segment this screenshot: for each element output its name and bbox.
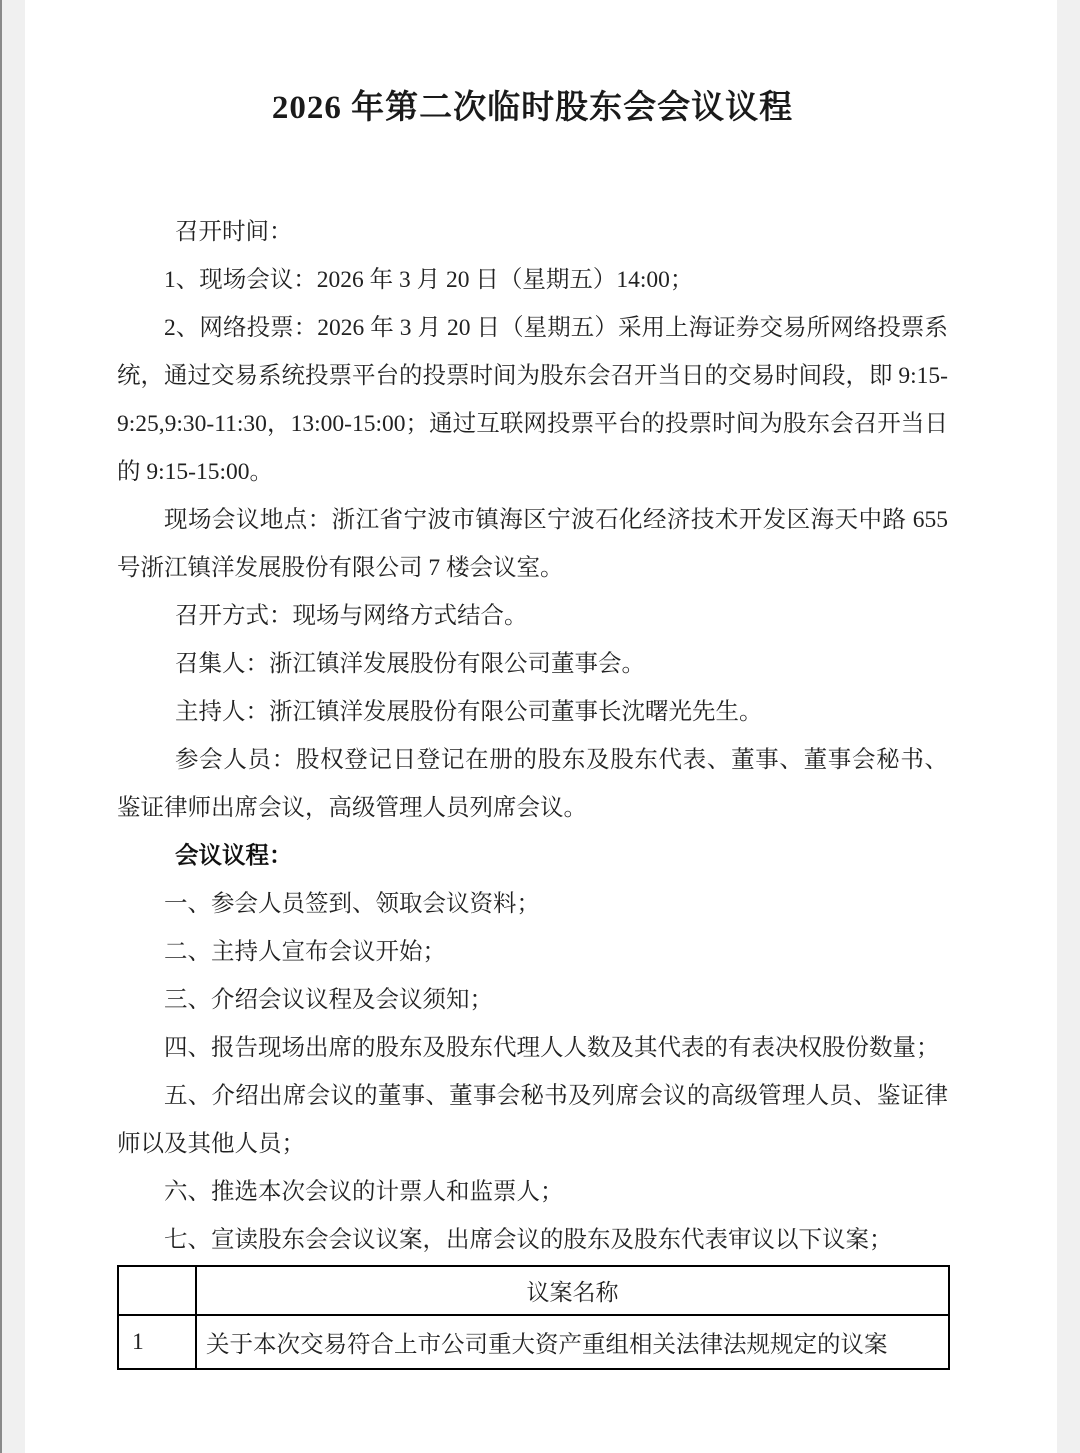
document-content: 2026 年第二次临时股东会会议议程 召开时间：1、现场会议：2026 年 3 … xyxy=(117,0,948,1370)
window-edge-line xyxy=(0,0,2,1453)
paragraph: 二、主持人宣布会议开始； xyxy=(117,928,948,976)
paragraph: 现场会议地点：浙江省宁波市镇海区宁波石化经济技术开发区海天中路 655 号浙江镇… xyxy=(117,496,948,592)
paragraph: 参会人员：股权登记日登记在册的股东及股东代表、董事、董事会秘书、鉴证律师出席会议… xyxy=(117,736,948,832)
document-body: 召开时间：1、现场会议：2026 年 3 月 20 日（星期五）14:00；2、… xyxy=(117,208,948,1264)
document-page: 2026 年第二次临时股东会会议议程 召开时间：1、现场会议：2026 年 3 … xyxy=(25,0,1057,1453)
section-heading: 会议议程： xyxy=(117,832,948,880)
screen: { "colors": { "screen_background": "#f0f… xyxy=(0,0,1080,1453)
paragraph: 召开时间： xyxy=(117,208,948,256)
paragraph: 一、参会人员签到、领取会议资料； xyxy=(117,880,948,928)
proposal-number-cell: 1 xyxy=(118,1315,196,1369)
table-row: 1关于本次交易符合上市公司重大资产重组相关法律法规规定的议案 xyxy=(118,1315,949,1369)
paragraph: 五、介绍出席会议的董事、董事会秘书及列席会议的高级管理人员、鉴证律师以及其他人员… xyxy=(117,1072,948,1168)
paragraph: 主持人：浙江镇洋发展股份有限公司董事长沈曙光先生。 xyxy=(117,688,948,736)
table-header-index-cell xyxy=(118,1266,196,1315)
proposal-name-cell: 关于本次交易符合上市公司重大资产重组相关法律法规规定的议案 xyxy=(196,1315,949,1369)
paragraph: 六、推选本次会议的计票人和监票人； xyxy=(117,1168,948,1216)
table-header-proposal-name: 议案名称 xyxy=(196,1266,949,1315)
document-title: 2026 年第二次临时股东会会议议程 xyxy=(117,86,948,130)
proposal-table: 议案名称 1关于本次交易符合上市公司重大资产重组相关法律法规规定的议案 xyxy=(117,1265,950,1370)
paragraph: 2、网络投票：2026 年 3 月 20 日（星期五）采用上海证券交易所网络投票… xyxy=(117,304,948,496)
paragraph: 召开方式：现场与网络方式结合。 xyxy=(117,592,948,640)
paragraph: 四、报告现场出席的股东及股东代理人人数及其代表的有表决权股份数量； xyxy=(117,1024,948,1072)
paragraph: 召集人：浙江镇洋发展股份有限公司董事会。 xyxy=(117,640,948,688)
paragraph: 三、介绍会议议程及会议须知； xyxy=(117,976,948,1024)
paragraph: 1、现场会议：2026 年 3 月 20 日（星期五）14:00； xyxy=(117,256,948,304)
proposal-table-header-row: 议案名称 xyxy=(118,1266,949,1315)
paragraph: 七、宣读股东会会议议案，出席会议的股东及股东代表审议以下议案； xyxy=(117,1216,948,1264)
